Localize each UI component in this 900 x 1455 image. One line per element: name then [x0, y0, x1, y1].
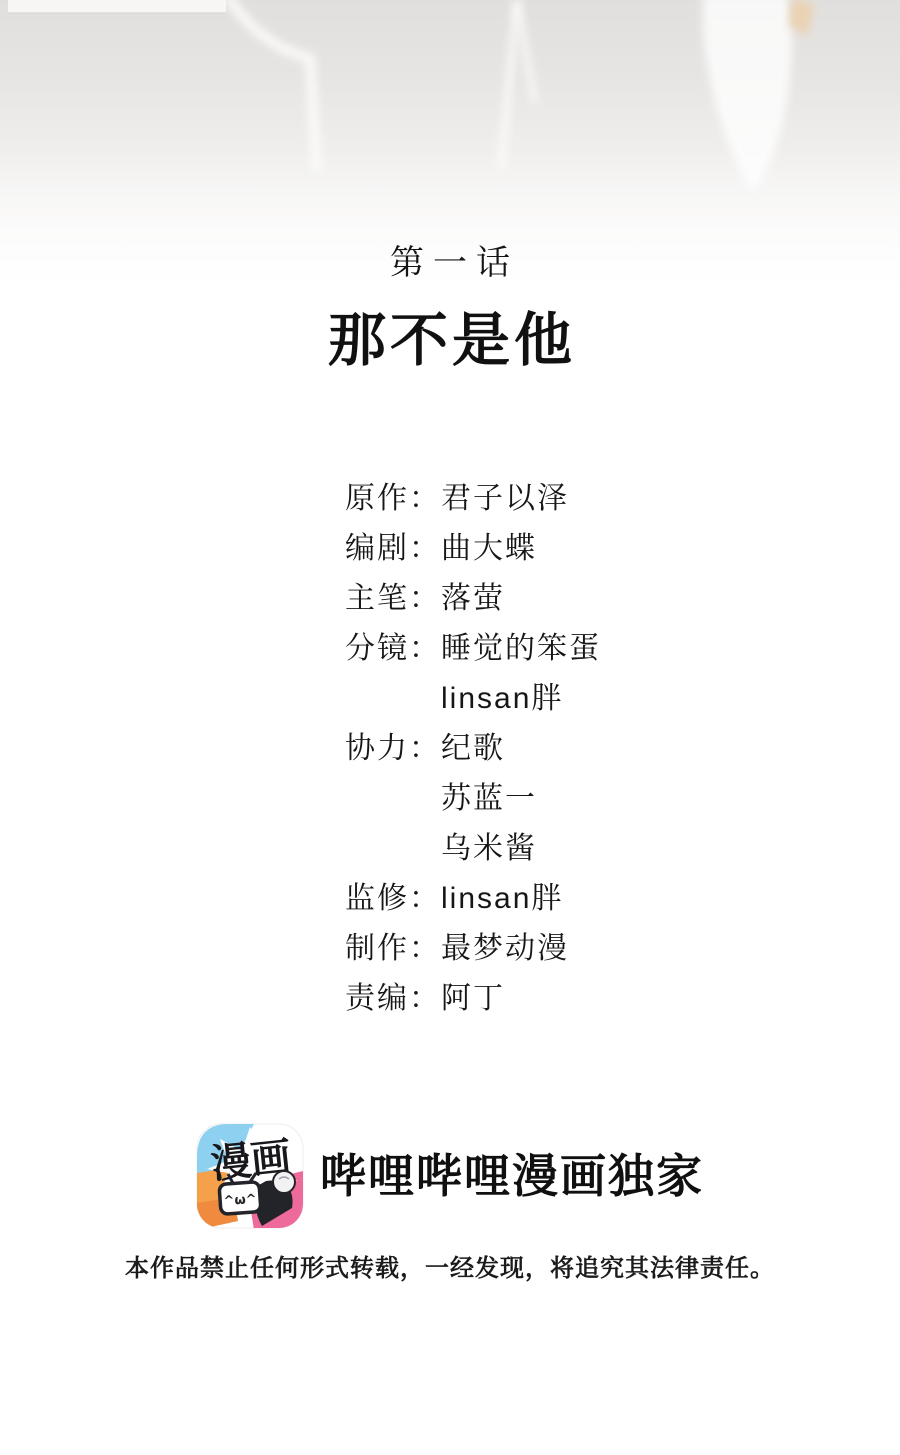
- credits-list: 原作： 君子以泽 编剧： 曲大蝶 主笔： 落萤 分镜： 睡觉的笨蛋 linsan…: [345, 474, 601, 1024]
- tan-shape: [789, 0, 814, 37]
- logo-tv-face: ^ω^: [223, 1192, 257, 1209]
- diagonal-line-2: [517, 2, 535, 102]
- credit-value: linsan胖: [441, 874, 563, 924]
- credit-label: 编剧：: [345, 524, 441, 574]
- credit-row-production: 制作： 最梦动漫: [345, 924, 601, 974]
- credit-value: 纪歌: [441, 724, 537, 774]
- credit-row-screenwriter: 编剧： 曲大蝶: [345, 524, 601, 574]
- credit-value: 阿丁: [441, 974, 505, 1024]
- credit-value: 落萤: [441, 574, 505, 624]
- logo-cat-paw: [273, 1171, 295, 1193]
- credit-value: 乌米酱: [441, 824, 537, 874]
- credit-row-lead-artist: 主笔： 落萤: [345, 574, 601, 624]
- credit-value: 曲大蝶: [441, 524, 537, 574]
- panel-edge-strip: [8, 0, 226, 13]
- credit-label: 主笔：: [345, 574, 441, 624]
- chapter-number: 第一话: [0, 242, 900, 284]
- credit-value: 最梦动漫: [441, 924, 569, 974]
- exclusive-label: 哔哩哔哩漫画独家: [320, 1123, 704, 1229]
- copyright-notice: 本作品禁止任何形式转载，一经发现，将追究其法律责任。: [0, 1252, 900, 1286]
- credit-label: 分镜：: [345, 624, 441, 674]
- credit-label: 责编：: [345, 974, 441, 1024]
- jacket-outline: [228, 0, 317, 170]
- credit-row-storyboard: 分镜： 睡觉的笨蛋 linsan胖: [345, 624, 601, 724]
- credit-row-assistance: 协力： 纪歌 苏蓝一 乌米酱: [345, 724, 601, 874]
- credit-value: 睡觉的笨蛋: [441, 624, 601, 674]
- comic-credits-page: 第一话 那不是他 原作： 君子以泽 编剧： 曲大蝶 主笔： 落萤 分镜： 睡觉的…: [0, 0, 900, 1455]
- credit-row-original-author: 原作： 君子以泽: [345, 474, 601, 524]
- credit-row-supervisor: 监修： linsan胖: [345, 874, 601, 924]
- credit-value: 苏蓝一: [441, 774, 537, 824]
- credit-label: 监修：: [345, 874, 441, 924]
- credit-label: 协力：: [345, 724, 441, 774]
- credit-label: 制作：: [345, 924, 441, 974]
- bilibili-comics-logo-icon: 漫画 ^ω^: [196, 1123, 304, 1229]
- episode-title: 那不是他: [0, 306, 900, 376]
- credit-value: 君子以泽: [441, 474, 569, 524]
- publisher-brand: 漫画 ^ω^ 哔哩哔哩漫画独家: [0, 1122, 900, 1230]
- credit-row-editor: 责编： 阿丁: [345, 974, 601, 1024]
- credit-label: 原作：: [345, 474, 441, 524]
- diagonal-line: [501, 2, 517, 168]
- credit-value: linsan胖: [441, 674, 601, 724]
